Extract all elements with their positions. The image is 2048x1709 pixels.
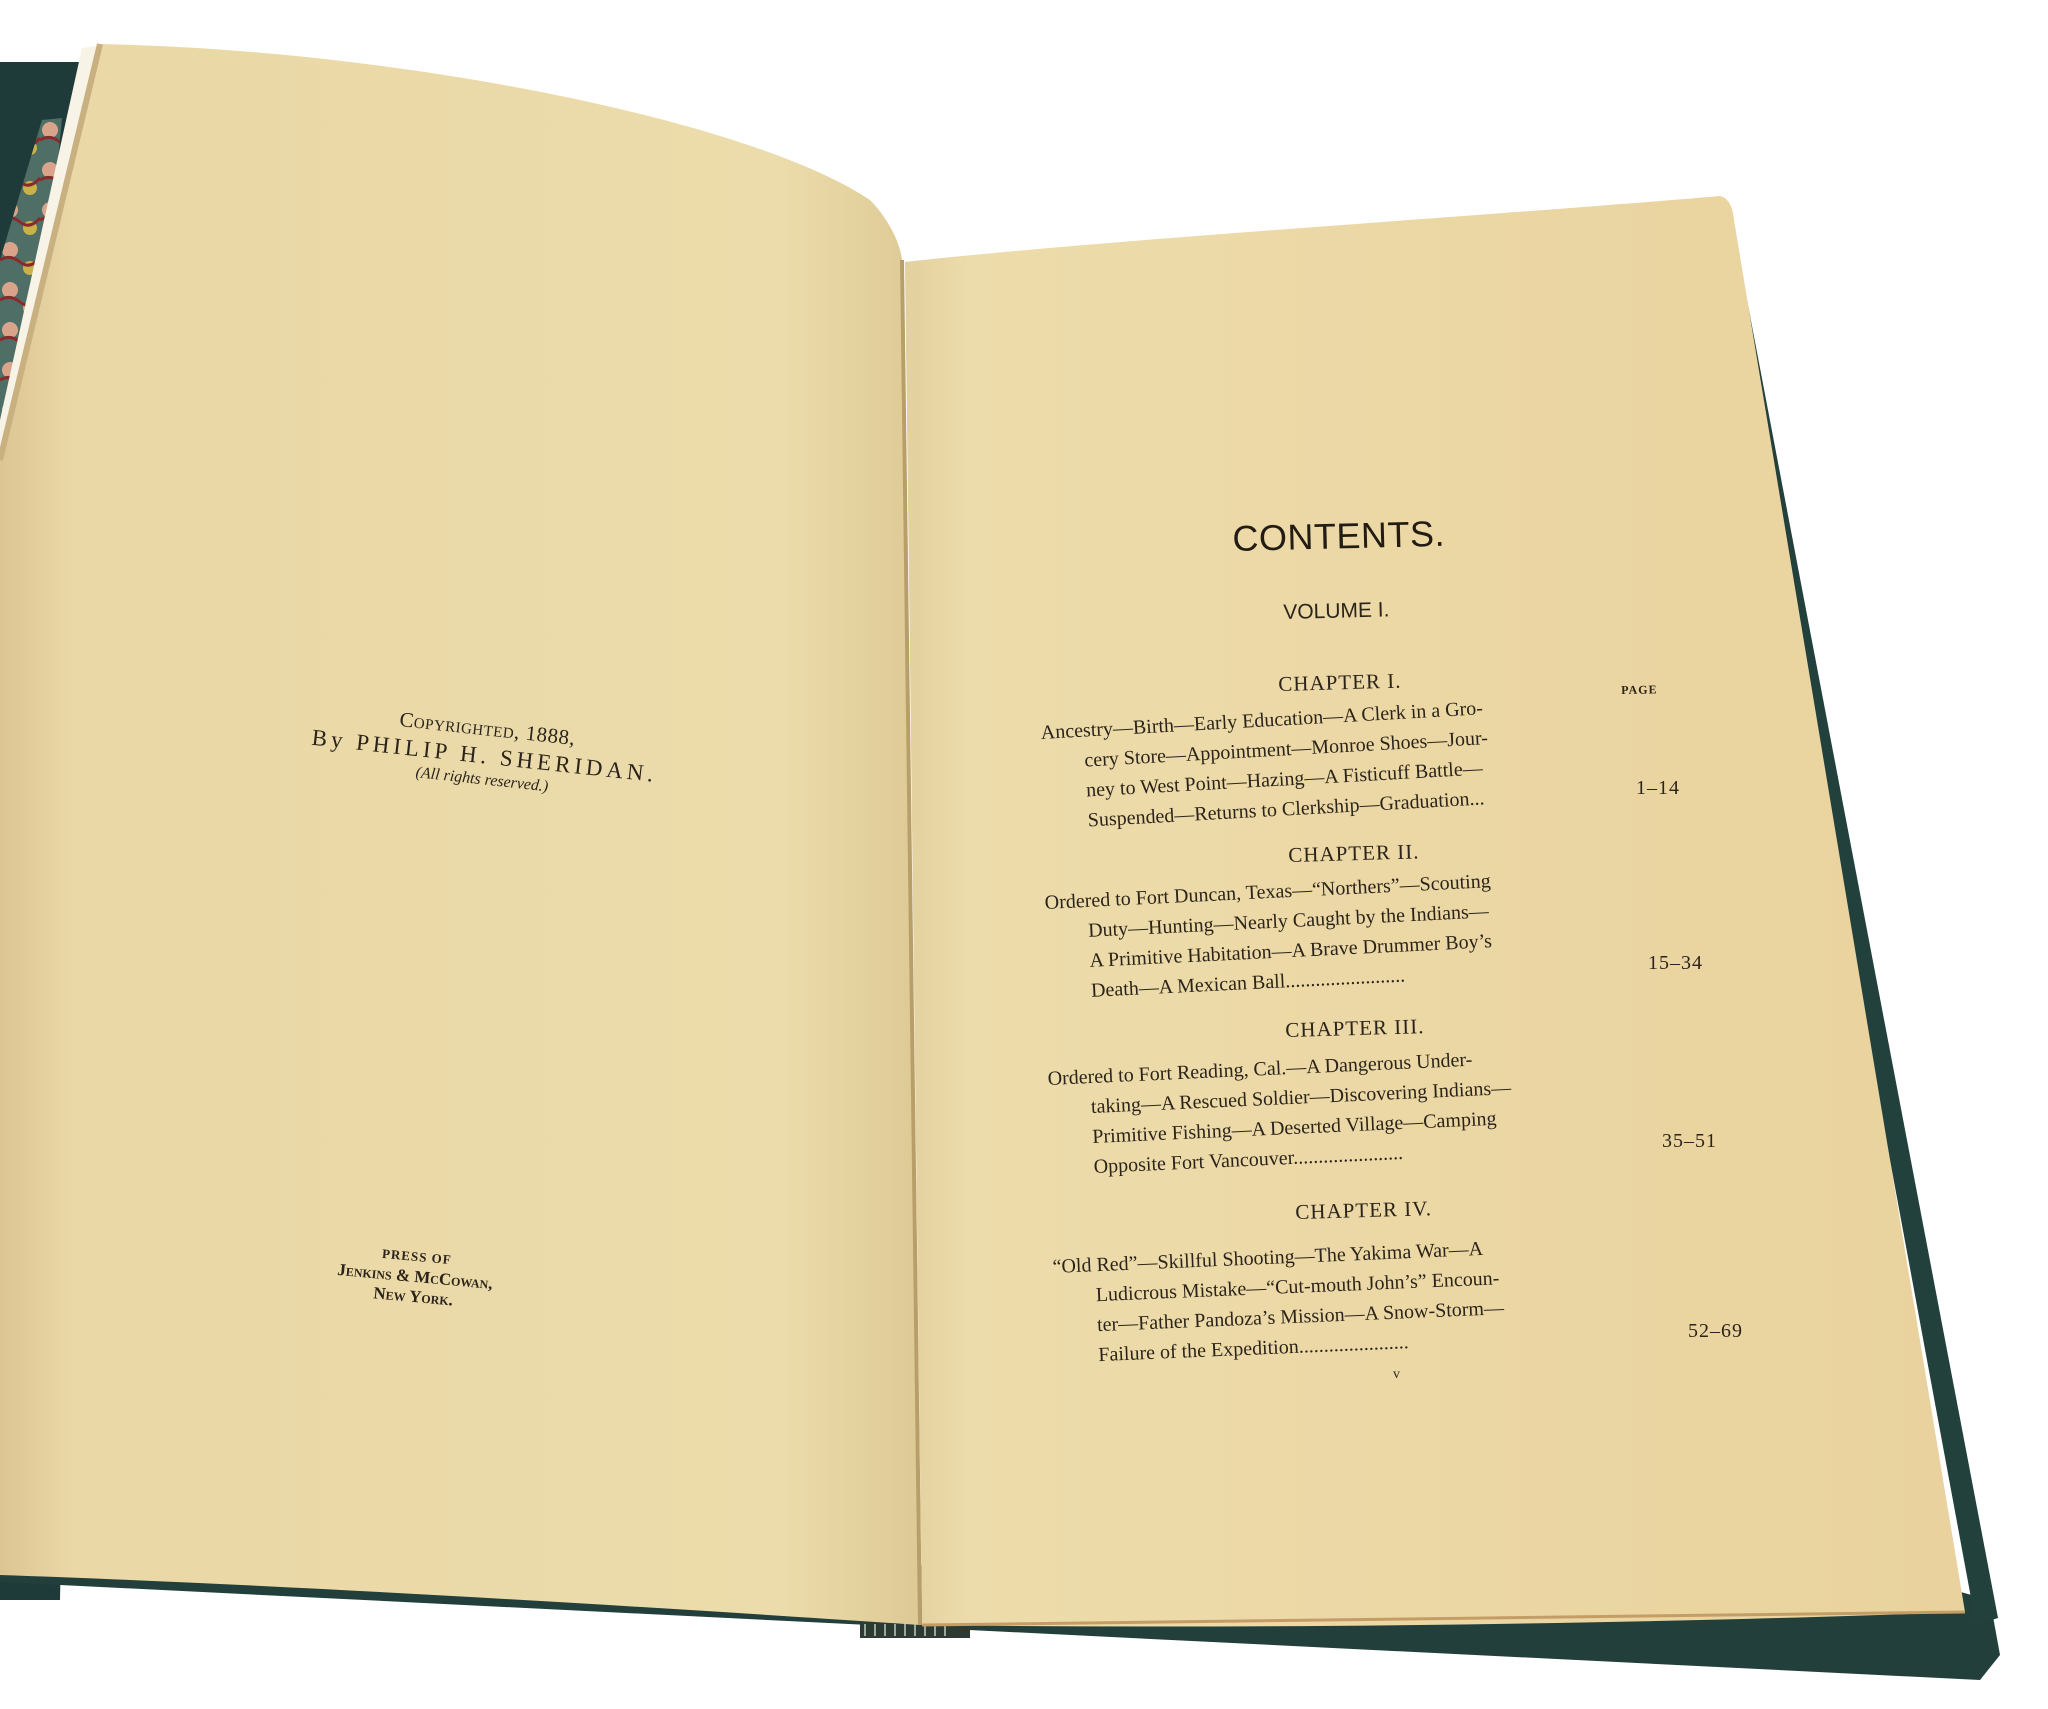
- page-column-label: PAGE: [1621, 682, 1658, 698]
- chapter-heading: CHAPTER III.: [1285, 1014, 1425, 1043]
- page-range: 35–51: [1662, 1130, 1717, 1153]
- chapter-entry: “Old Red”—Skillful Shooting—The Yakima W…: [1052, 1233, 1506, 1372]
- chapter-entry: Ancestry—Birth—Early Education—A Clerk i…: [1040, 693, 1492, 838]
- chapter-entry: Ordered to Fort Duncan, Texas—“Northers”…: [1044, 866, 1496, 1008]
- volume-heading: VOLUME I.: [1283, 598, 1390, 625]
- book-scene: Copyrighted, 1888, By PHILIP H. SHERIDAN…: [0, 0, 2048, 1709]
- chapter-heading: CHAPTER II.: [1288, 839, 1420, 868]
- chapter-entry: Ordered to Fort Reading, Cal.—A Dangerou…: [1047, 1043, 1514, 1184]
- page-folio: v: [1393, 1367, 1400, 1383]
- page-range: 15–34: [1648, 952, 1703, 975]
- chapter-heading: CHAPTER I.: [1278, 669, 1402, 697]
- contents-title: CONTENTS.: [1232, 513, 1445, 560]
- chapter-heading: CHAPTER IV.: [1295, 1196, 1432, 1225]
- right-page: CONTENTS. VOLUME I. PAGE CHAPTER I. Ance…: [0, 0, 2048, 1709]
- page-range: 1–14: [1636, 777, 1680, 800]
- page-range: 52–69: [1688, 1320, 1743, 1343]
